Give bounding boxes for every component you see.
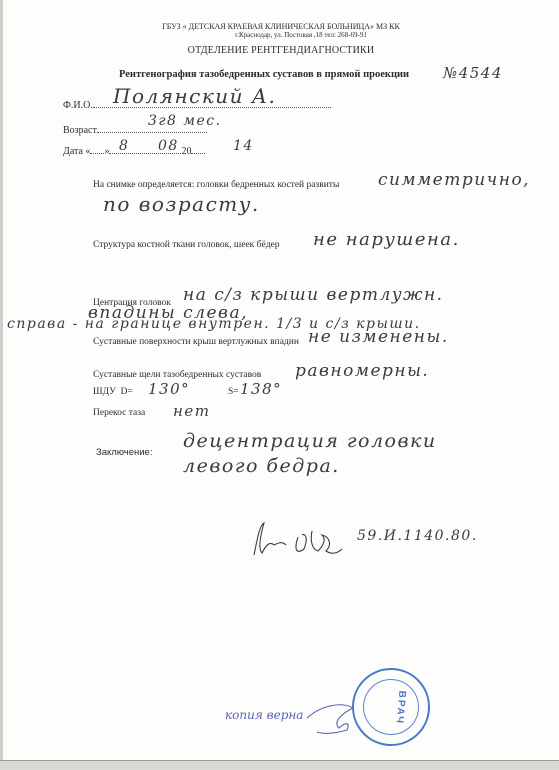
age-label: Возраст (63, 125, 97, 136)
shdu-d-label: D= (121, 387, 133, 397)
date-field: Дата «»20 (63, 146, 205, 157)
conclusion-value-line1: децентрация головки (183, 430, 437, 452)
date-year-value: 14 (233, 138, 254, 154)
name-value: Полянский А. (113, 84, 276, 108)
age-value: 3г8 мес. (148, 113, 222, 129)
institution-name: ГБУЗ « ДЕТСКАЯ КРАЕВАЯ КЛИНИЧЕСКАЯ БОЛЬН… (3, 22, 559, 31)
surfaces-label: Суставные поверхности крыш вертлужных вп… (93, 337, 299, 347)
stamp-inner-ring (361, 677, 422, 738)
shdu-field: ШДУ D= (93, 387, 133, 397)
title-text: Рентгенография тазобедренных суставов в … (119, 69, 409, 80)
shdu-s-label: S= (228, 387, 239, 397)
surfaces-value: не изменены. (308, 327, 449, 347)
heads-value-line1: симметрично, (378, 170, 530, 190)
doctor-note: 59.И.1140.80. (357, 528, 478, 544)
shdu-d-value: 130° (148, 380, 190, 398)
date-quote: » (104, 146, 109, 157)
heads-value-line2: по возрасту. (103, 192, 260, 216)
copy-note: копия верна (225, 708, 303, 722)
structure-value: не нарушена. (313, 229, 460, 250)
document-page: ГБУЗ « ДЕТСКАЯ КРАЕВАЯ КЛИНИЧЕСКАЯ БОЛЬН… (0, 0, 559, 760)
age-dots (97, 132, 207, 133)
date-year-dots (191, 153, 205, 154)
document-title: Рентгенография тазобедренных суставов в … (119, 69, 409, 80)
conclusion-label: Заключение: (96, 447, 152, 458)
shdu-label: ШДУ (93, 387, 116, 397)
page-bottom-edge (0, 760, 559, 770)
date-day-dots (90, 153, 104, 154)
conclusion-value-line2: левого бедра. (183, 455, 340, 477)
department-name: ОТДЕЛЕНИЕ РЕНТГЕНДИАГНОСТИКИ (3, 45, 559, 56)
date-year-prefix: 20 (181, 146, 191, 157)
heads-label: На снимке определяется: головки бедренны… (93, 180, 339, 190)
centration-value-line1: на с/з крыши вертлужн. (183, 285, 444, 305)
date-label: Дата « (63, 146, 90, 157)
shdu-s-value: 138° (240, 380, 282, 398)
institution-address: г.Краснодар, ул. Постовая ,18 тел: 268-6… (3, 31, 559, 39)
date-day-value: 8 (119, 138, 129, 154)
pelvis-label: Перекос таза (93, 408, 145, 418)
structure-label: Структура костной ткани головок, шеек бё… (93, 240, 280, 250)
gaps-value: равномерны. (295, 361, 429, 381)
doctor-signature-icon (246, 515, 356, 565)
date-month-value: 08 (158, 138, 179, 154)
name-label: Ф.И.О. (63, 100, 93, 111)
gaps-label: Суставные щели тазобедренных суставов (93, 370, 261, 380)
pelvis-value: нет (173, 402, 210, 420)
record-number: №4544 (443, 64, 503, 82)
